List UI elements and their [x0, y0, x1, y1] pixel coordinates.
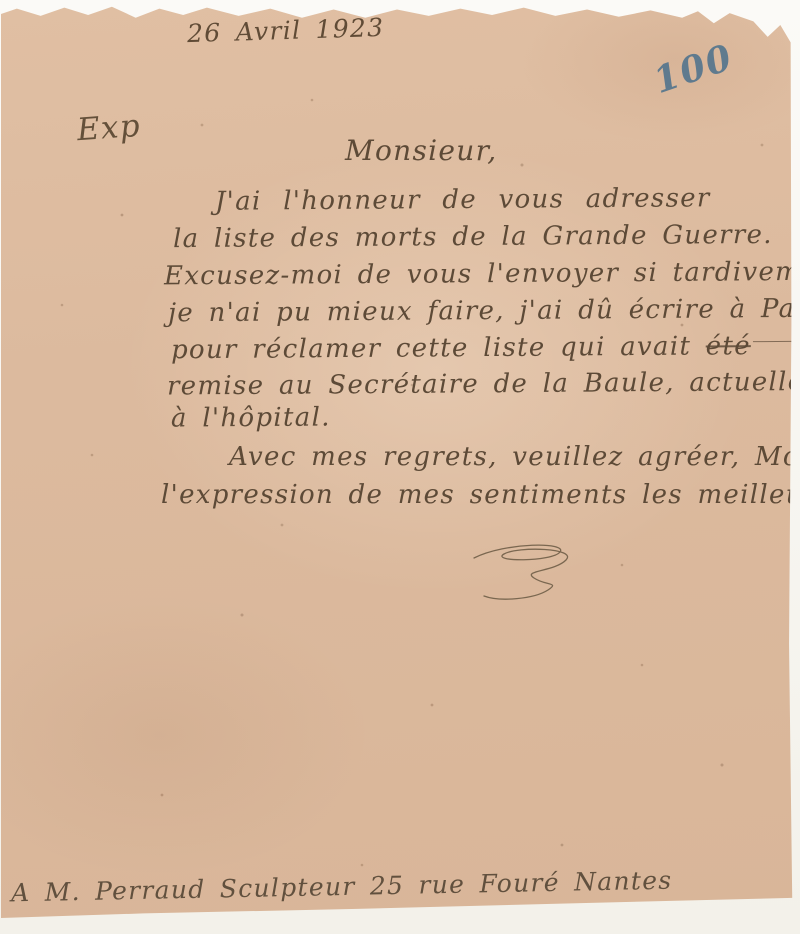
letter-line-text: pour réclamer cette liste qui avait: [171, 332, 706, 366]
letter-line: je n'ai pu mieux faire, j'ai dû écrire à…: [168, 294, 800, 329]
corner-initials: Exp: [76, 108, 142, 148]
letter-line: Avec mes regrets, veuillez agréer, Monsi…: [229, 442, 800, 472]
paper-speckles: [1, 4, 3, 6]
signature-flourish: [456, 536, 616, 608]
letter-date: 26 Avril 1923: [187, 13, 385, 48]
letter-paper: 26 Avril 1923 100 Exp Monsieur, J'ai l'h…: [1, 4, 793, 918]
strike-stroke: [753, 341, 800, 342]
archive-number: 100: [648, 36, 738, 102]
salutation: Monsieur,: [345, 134, 497, 167]
address-line: A M. Perraud Sculpteur 25 rue Fouré Nant…: [11, 866, 673, 908]
letter-line: l'expression de mes sentiments les meill…: [161, 480, 800, 510]
letter-line: pour réclamer cette liste qui avait été: [171, 331, 800, 365]
struck-word: été: [706, 331, 751, 361]
letter-line: Excusez-moi de vous l'envoyer si tardive…: [164, 257, 800, 292]
letter-line: la liste des morts de la Grande Guerre.: [173, 220, 773, 254]
scanned-letter: 26 Avril 1923 100 Exp Monsieur, J'ai l'h…: [0, 0, 800, 934]
letter-line: remise au Secrétaire de la Baule, actuel…: [167, 367, 800, 402]
letter-line: J'ai l'honneur de vous adresser: [215, 183, 711, 216]
letter-line: à l'hôpital.: [171, 402, 331, 433]
